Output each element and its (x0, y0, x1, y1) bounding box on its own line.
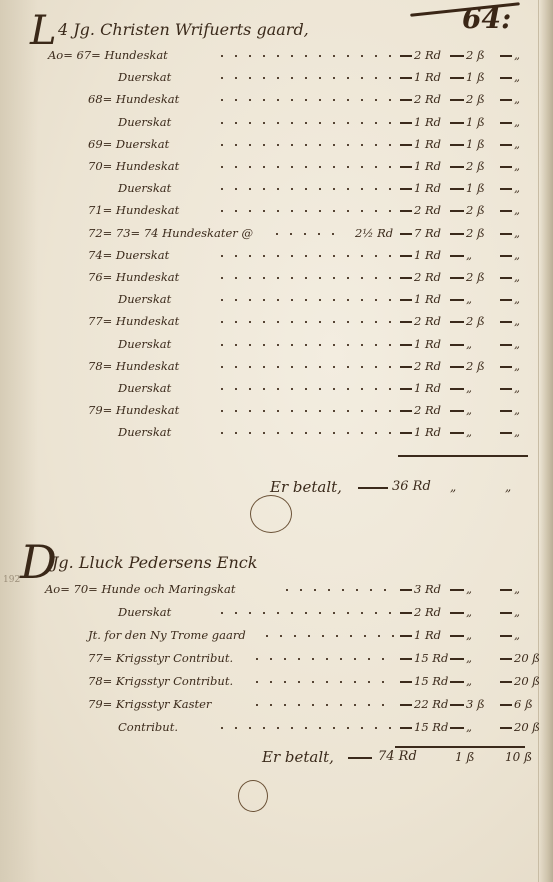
entry-skilling: „ (448, 337, 472, 351)
leader-dots (215, 366, 395, 368)
entry-skilling: „ (448, 292, 472, 306)
ledger-row: Contribut.15 Rd„20 ß (0, 718, 553, 740)
entry-skilling: 2 ß (448, 270, 485, 284)
leader-dots (260, 635, 395, 637)
leader-dots (215, 727, 395, 729)
leader-dots (215, 255, 395, 257)
entry-rigsdaler: 7 Rd (398, 226, 441, 240)
entry-label: Duerskat (118, 292, 171, 306)
section2-total-label: Er betalt, (262, 748, 334, 766)
leader-dots (215, 144, 395, 146)
entry-rigsdaler: 2 Rd (398, 92, 441, 106)
entry-rigsdaler: 1 Rd (398, 292, 441, 306)
section1-total-skilling: „ (450, 480, 456, 494)
entry-label: 78= Krigsstyr Contribut. (88, 674, 233, 688)
entry-label: Duerskat (118, 425, 171, 439)
entry-label: Duerskat (118, 115, 171, 129)
section2-total-penning: 10 ß (505, 750, 532, 764)
ledger-row: Ao= 70= Hunde och Maringskat3 Rd„„ (0, 580, 553, 602)
leader-dots (215, 321, 395, 323)
entry-label: 71= Hundeskat (88, 203, 179, 217)
entry-penning: „ (498, 292, 520, 306)
entry-skilling: 2 ß (448, 226, 485, 240)
leader-dots (215, 210, 395, 212)
entry-skilling: 2 ß (448, 92, 485, 106)
ledger-row: 70= Hundeskat1 Rd2 ß„ (0, 157, 553, 179)
ledger-row: 77= Krigsstyr Contribut.15 Rd„20 ß (0, 649, 553, 671)
ledger-row: Duerskat1 Rd1 ß„ (0, 68, 553, 90)
entry-rigsdaler: 1 Rd (398, 381, 441, 395)
entry-penning: „ (498, 270, 520, 284)
entry-rigsdaler: 1 Rd (398, 159, 441, 173)
ledger-row: Duerskat1 Rd1 ß„ (0, 113, 553, 135)
leader-dots (215, 166, 395, 168)
entry-label: 76= Hundeskat (88, 270, 179, 284)
entry-label: Contribut. (118, 720, 178, 734)
ledger-row: Ao= 67= Hundeskat2 Rd2 ß„ (0, 46, 553, 68)
entry-rigsdaler: 1 Rd (398, 70, 441, 84)
entry-rigsdaler: 1 Rd (398, 137, 441, 151)
ledger-row: 79= Krigsstyr Kaster22 Rd3 ß6 ß (0, 695, 553, 717)
entry-skilling: „ (448, 582, 472, 596)
ledger-row: Duerskat2 Rd„„ (0, 603, 553, 625)
entry-rigsdaler: 2 Rd (398, 359, 441, 373)
entry-penning: „ (498, 70, 520, 84)
entry-skilling: „ (448, 403, 472, 417)
ledger-row: 78= Hundeskat2 Rd2 ß„ (0, 357, 553, 379)
entry-penning: „ (498, 159, 520, 173)
entry-label: 74= Duerskat (88, 248, 169, 262)
entry-label: Duerskat (118, 337, 171, 351)
leader-dots (215, 299, 395, 301)
entry-rigsdaler: 1 Rd (398, 248, 441, 262)
entry-rigsdaler: 2 Rd (398, 605, 441, 619)
leader-dots (215, 612, 395, 614)
section1-total-label: Er betalt, (270, 478, 342, 496)
entry-rigsdaler: 15 Rd (398, 720, 448, 734)
section2-total-rule (395, 746, 525, 748)
entry-rigsdaler: 1 Rd (398, 115, 441, 129)
section1-heading: 4 Jg. Christen Wrifuerts gaard, (58, 20, 309, 39)
folio-number: 64: (462, 2, 511, 35)
ledger-row: Duerskat1 Rd„„ (0, 423, 553, 445)
entry-label: 77= Krigsstyr Contribut. (88, 651, 233, 665)
entry-penning: „ (498, 403, 520, 417)
ledger-row: 71= Hundeskat2 Rd2 ß„ (0, 201, 553, 223)
entry-rigsdaler: 2 Rd (398, 403, 441, 417)
entry-label: Ao= 67= Hundeskat (48, 48, 168, 62)
ledger-row: 78= Krigsstyr Contribut.15 Rd„20 ß (0, 672, 553, 694)
entry-penning: „ (498, 628, 520, 642)
entry-penning: „ (498, 381, 520, 395)
entry-skilling: 2 ß (448, 48, 485, 62)
leader-dots (215, 122, 395, 124)
entry-skilling: 1 ß (448, 137, 485, 151)
entry-skilling: 1 ß (448, 115, 485, 129)
entry-label: 72= 73= 74 Hundeskater @ (88, 226, 253, 240)
leader-dots (215, 99, 395, 101)
entry-label: Duerskat (118, 70, 171, 84)
entry-rigsdaler: 2 Rd (398, 48, 441, 62)
entry-skilling: „ (448, 628, 472, 642)
ledger-row: Duerskat1 Rd„„ (0, 379, 553, 401)
ledger-row: 77= Hundeskat2 Rd2 ß„ (0, 312, 553, 334)
entry-label: Duerskat (118, 381, 171, 395)
entry-rigsdaler: 3 Rd (398, 582, 441, 596)
ledger-row: Jt. for den Ny Trome gaard1 Rd„„ (0, 626, 553, 648)
entry-penning: „ (498, 226, 520, 240)
section1-total-rule (398, 455, 528, 457)
entry-skilling: „ (448, 425, 472, 439)
leader-dots (215, 55, 395, 57)
leader-dots (215, 188, 395, 190)
section1-total-dash (356, 480, 390, 495)
entry-skilling: „ (448, 248, 472, 262)
section1-total-rd: 36 Rd (392, 479, 431, 494)
leader-dots (215, 277, 395, 279)
section1-total-penning: „ (505, 480, 511, 494)
entry-skilling: „ (448, 651, 472, 665)
entry-rigsdaler: 22 Rd (398, 697, 448, 711)
ledger-page: 64: L 4 Jg. Christen Wrifuerts gaard, Ao… (0, 0, 553, 882)
entry-rigsdaler: 1 Rd (398, 628, 441, 642)
entry-rigsdaler: 2 Rd (398, 203, 441, 217)
leader-dots (215, 388, 395, 390)
entry-penning: „ (498, 314, 520, 328)
leader-dots (270, 233, 345, 235)
entry-penning: „ (498, 425, 520, 439)
entry-skilling: „ (448, 720, 472, 734)
entry-rigsdaler: 1 Rd (398, 181, 441, 195)
leader-dots (215, 410, 395, 412)
entry-penning: „ (498, 48, 520, 62)
ledger-row: Duerskat1 Rd1 ß„ (0, 179, 553, 201)
entry-skilling: 2 ß (448, 359, 485, 373)
leader-dots (215, 432, 395, 434)
entry-label: 69= Duerskat (88, 137, 169, 151)
ledger-row: 79= Hundeskat2 Rd„„ (0, 401, 553, 423)
entry-skilling: „ (448, 381, 472, 395)
entry-label: 70= Hundeskat (88, 159, 179, 173)
entry-rigsdaler: 1 Rd (398, 425, 441, 439)
entry-skilling: „ (448, 605, 472, 619)
entry-penning: 20 ß (498, 651, 540, 665)
entry-label: 68= Hundeskat (88, 92, 179, 106)
entry-penning: 20 ß (498, 720, 540, 734)
entry-rigsdaler: 1 Rd (398, 337, 441, 351)
flourish-loop-2 (238, 780, 268, 812)
entry-label: Ao= 70= Hunde och Maringskat (45, 582, 235, 596)
entry-penning: „ (498, 115, 520, 129)
flourish-loop (250, 495, 292, 533)
ledger-row: Duerskat1 Rd„„ (0, 290, 553, 312)
section2-total-rd: 74 Rd (378, 749, 417, 764)
entry-skilling: 1 ß (448, 70, 485, 84)
entry-rigsdaler: 15 Rd (398, 651, 448, 665)
entry-skilling: 3 ß (448, 697, 485, 711)
entry-label: 79= Krigsstyr Kaster (88, 697, 211, 711)
section2-total-dash (346, 750, 374, 765)
section2-heading: Jg. Lluck Pedersens Enck (52, 553, 257, 572)
entry-label: 78= Hundeskat (88, 359, 179, 373)
ledger-row: 69= Duerskat1 Rd1 ß„ (0, 135, 553, 157)
entry-skilling: 2 ß (448, 203, 485, 217)
entry-rigsdaler: 2 Rd (398, 314, 441, 328)
entry-penning: „ (498, 137, 520, 151)
entry-penning: „ (498, 203, 520, 217)
leader-dots (215, 344, 395, 346)
ledger-row: 76= Hundeskat2 Rd2 ß„ (0, 268, 553, 290)
leader-dots (250, 681, 395, 683)
entry-label: Duerskat (118, 181, 171, 195)
entry-penning: „ (498, 181, 520, 195)
entry-penning: „ (498, 582, 520, 596)
ledger-row: 68= Hundeskat2 Rd2 ß„ (0, 90, 553, 112)
entry-penning: „ (498, 92, 520, 106)
leader-dots (250, 704, 395, 706)
entry-rate: 2½ Rd (355, 226, 393, 240)
entry-penning: 6 ß (498, 697, 533, 711)
entry-penning: „ (498, 337, 520, 351)
entry-skilling: 2 ß (448, 159, 485, 173)
entry-skilling: „ (448, 674, 472, 688)
entry-skilling: 1 ß (448, 181, 485, 195)
entry-penning: „ (498, 248, 520, 262)
entry-label: Jt. for den Ny Trome gaard (88, 628, 246, 642)
entry-rigsdaler: 2 Rd (398, 270, 441, 284)
entry-label: Duerskat (118, 605, 171, 619)
leader-dots (280, 589, 395, 591)
ledger-row: 74= Duerskat1 Rd„„ (0, 246, 553, 268)
entry-label: 77= Hundeskat (88, 314, 179, 328)
entry-penning: „ (498, 605, 520, 619)
section2-total-skilling: 1 ß (455, 750, 474, 764)
leader-dots (215, 77, 395, 79)
leader-dots (250, 658, 395, 660)
entry-rigsdaler: 15 Rd (398, 674, 448, 688)
ledger-row: Duerskat1 Rd„„ (0, 335, 553, 357)
entry-label: 79= Hundeskat (88, 403, 179, 417)
entry-skilling: 2 ß (448, 314, 485, 328)
entry-penning: „ (498, 359, 520, 373)
ledger-row: 72= 73= 74 Hundeskater @2½ Rd7 Rd2 ß„ (0, 224, 553, 246)
entry-penning: 20 ß (498, 674, 540, 688)
